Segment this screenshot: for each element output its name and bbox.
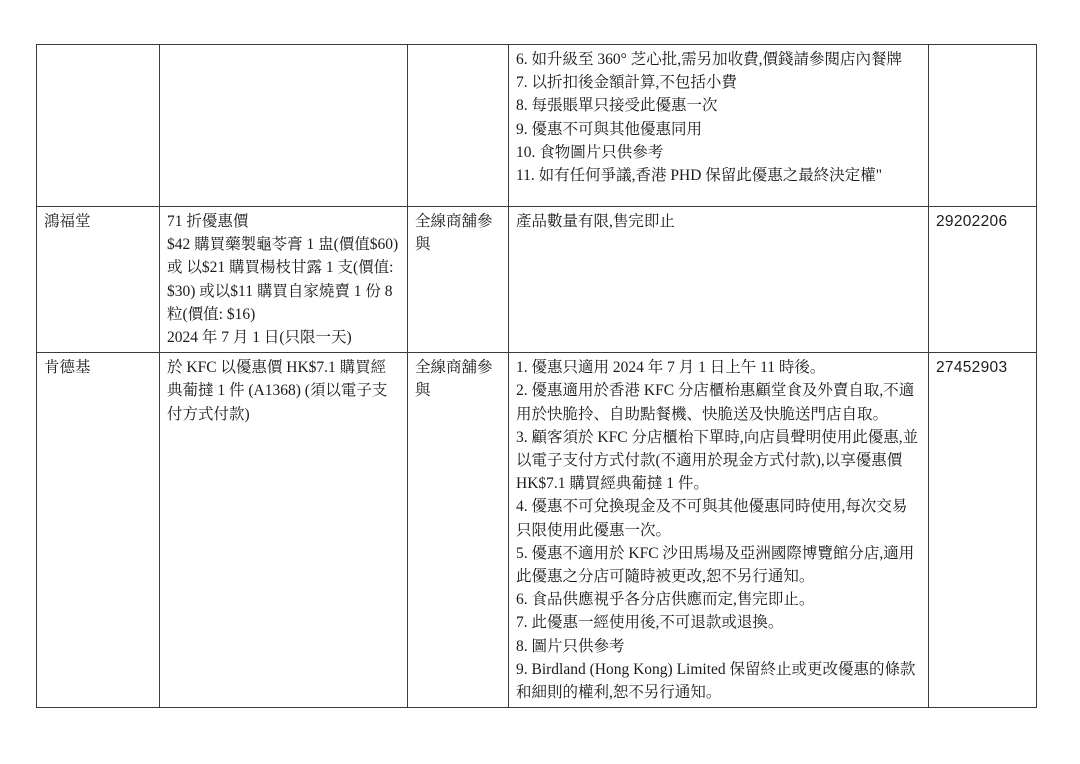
text-line: 6. 如升級至 360° 芝心批,需另加收費,價錢請參閱店內餐牌 [516,48,920,71]
merchant-cell: 肯德基 [37,353,160,708]
participation-cell [408,45,509,207]
offer-cell [160,45,408,207]
participation-cell: 全線商舖參與 [408,353,509,708]
text-line: 8. 每張賬單只接受此優惠一次 [516,94,920,117]
text-line: 或 以$21 購買楊枝甘露 1 支(價值: $30) 或以$11 購買自家燒賣 … [167,256,399,326]
phone-cell [929,45,1037,207]
table-row: 6. 如升級至 360° 芝心批,需另加收費,價錢請參閱店內餐牌7. 以折扣後金… [37,45,1037,207]
terms-cell: 產品數量有限,售完即止 [509,207,929,353]
text-line: 2024 年 7 月 1 日(只限一天) [167,326,399,349]
text-line: 產品數量有限,售完即止 [516,210,920,233]
text-line: 4. 優惠不可兌換現金及不可與其他優惠同時使用,每次交易只限使用此優惠一次。 [516,495,920,541]
text-line: 於 KFC 以優惠價 HK$7.1 購買經典葡撻 1 件 (A1368) (須以… [167,356,399,426]
participation-cell: 全線商舖參與 [408,207,509,353]
text-line: $42 購買藥製龜苓膏 1 盅(價值$60) [167,233,399,256]
text-line: 10. 食物圖片只供參考 [516,141,920,164]
table-row: 肯德基 於 KFC 以優惠價 HK$7.1 購買經典葡撻 1 件 (A1368)… [37,353,1037,708]
text-line: 71 折優惠價 [167,210,399,233]
table-row: 鴻福堂 71 折優惠價$42 購買藥製龜苓膏 1 盅(價值$60)或 以$21 … [37,207,1037,353]
text-line: 8. 圖片只供參考 [516,635,920,658]
text-line: 9. Birdland (Hong Kong) Limited 保留終止或更改優… [516,658,920,704]
text-line: 9. 優惠不可與其他優惠同用 [516,118,920,141]
text-line: 7. 以折扣後金額計算,不包括小費 [516,71,920,94]
offer-cell: 於 KFC 以優惠價 HK$7.1 購買經典葡撻 1 件 (A1368) (須以… [160,353,408,708]
terms-cell: 1. 優惠只適用 2024 年 7 月 1 日上午 11 時後。2. 優惠適用於… [509,353,929,708]
text-line: 3. 顧客須於 KFC 分店櫃枱下單時,向店員聲明使用此優惠,並以電子支付方式付… [516,426,920,496]
phone-cell: 27452903 [929,353,1037,708]
offer-cell: 71 折優惠價$42 購買藥製龜苓膏 1 盅(價值$60)或 以$21 購買楊枝… [160,207,408,353]
text-line: 2. 優惠適用於香港 KFC 分店櫃枱惠顧堂食及外賣自取,不適用於快脆拎、自助點… [516,379,920,425]
document-page: 6. 如升級至 360° 芝心批,需另加收費,價錢請參閱店內餐牌7. 以折扣後金… [0,0,1080,764]
merchant-cell [37,45,160,207]
offers-table: 6. 如升級至 360° 芝心批,需另加收費,價錢請參閱店內餐牌7. 以折扣後金… [36,44,1037,708]
text-line: 7. 此優惠一經使用後,不可退款或退換。 [516,611,920,634]
terms-cell: 6. 如升級至 360° 芝心批,需另加收費,價錢請參閱店內餐牌7. 以折扣後金… [509,45,929,207]
text-line: 11. 如有任何爭議,香港 PHD 保留此優惠之最終決定權" [516,164,920,187]
text-line: 6. 食品供應視乎各分店供應而定,售完即止。 [516,588,920,611]
text-line: 1. 優惠只適用 2024 年 7 月 1 日上午 11 時後。 [516,356,920,379]
phone-cell: 29202206 [929,207,1037,353]
merchant-cell: 鴻福堂 [37,207,160,353]
text-line: 5. 優惠不適用於 KFC 沙田馬場及亞洲國際博覽館分店,適用此優惠之分店可隨時… [516,542,920,588]
